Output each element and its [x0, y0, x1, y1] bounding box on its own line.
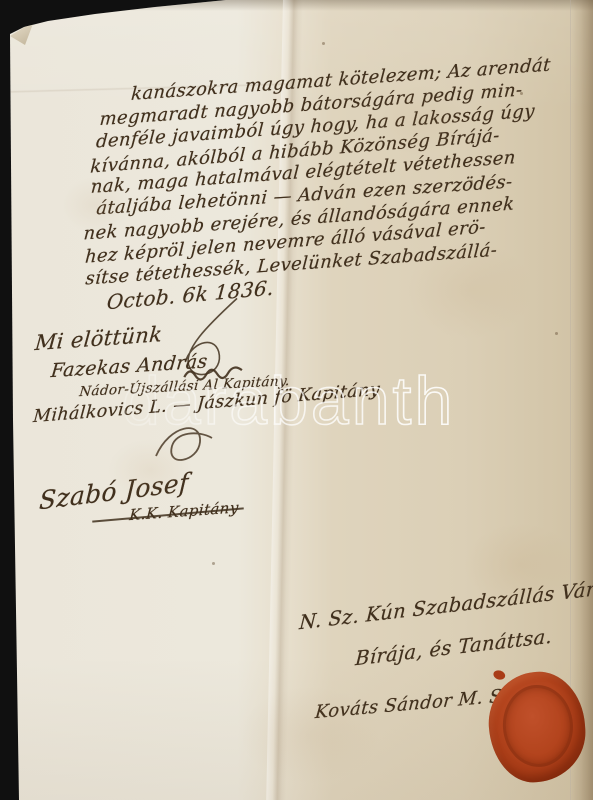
- manuscript-line: átaljába lehetönni — Adván ezen szerzödé…: [95, 168, 570, 221]
- foxing-speck: [322, 42, 325, 45]
- handwritten-paragraph: kanászokra magamat kötelezem; Az arendát…: [86, 53, 579, 291]
- manuscript-line: nek nagyobb erejére, és állandóságára en…: [83, 189, 569, 246]
- foxing-speck: [212, 562, 215, 565]
- signature-loop: [150, 416, 220, 474]
- folded-corner: [8, 19, 38, 47]
- manuscript-line: kanászokra magamat kötelezem; Az arendát: [130, 53, 579, 107]
- page-right-edge: [570, 0, 593, 800]
- vertical-fold-crease: [266, 0, 303, 800]
- witness-signature: Szabó Josef: [38, 468, 189, 516]
- signature-squiggle: [182, 362, 249, 383]
- witness-title: K.K. Kapitány: [129, 498, 240, 524]
- witness-signature: Fazekas András: [50, 350, 209, 382]
- signature-strike-flourish: [92, 507, 244, 522]
- manuscript-line: megmaradt nagyobb bátorságára pedig min-: [99, 75, 577, 131]
- ink-flourish: [167, 291, 263, 392]
- witness-signature: Mihálkovics L. — Jászkun fö Kapitány: [32, 380, 380, 427]
- red-wax-seal: [485, 669, 588, 785]
- issuer-line: Bírája, és Tanáttsa.: [355, 625, 553, 671]
- manuscript-line: nak, maga hatalmával elégtételt vétethes…: [90, 144, 572, 200]
- horizontal-crease: [10, 78, 288, 98]
- witness-heading: Mi elöttünk: [34, 322, 164, 355]
- manuscript-line: kívánna, akólból a hibább Közönség Bíráj…: [90, 119, 574, 179]
- manuscript-line: hez képröl jelen nevemre álló vásával er…: [84, 211, 567, 270]
- manuscript-line: denféle javaimból úgy hogy, ha a lakossá…: [95, 98, 575, 154]
- photo-of-document: kanászokra magamat kötelezem; Az arendát…: [0, 0, 593, 800]
- foxing-speck: [520, 92, 523, 95]
- foxing-speck: [555, 332, 558, 335]
- witness-title: Nádor-Újszállási Al Kapitány.: [79, 373, 291, 400]
- issuer-line: N. Sz. Kún Szabadszállás Várossa: [299, 572, 593, 634]
- manuscript-line: sítse tétethessék, Levelünket Szabadszál…: [85, 235, 566, 291]
- manuscript-sheet: kanászokra magamat kötelezem; Az arendát…: [0, 0, 593, 800]
- final-signature: Kováts Sándor M. S.: [314, 685, 508, 723]
- foxing-speck: [470, 180, 473, 183]
- foxing-speck: [92, 182, 95, 185]
- date-line: Octob. 6k 1836.: [106, 275, 275, 314]
